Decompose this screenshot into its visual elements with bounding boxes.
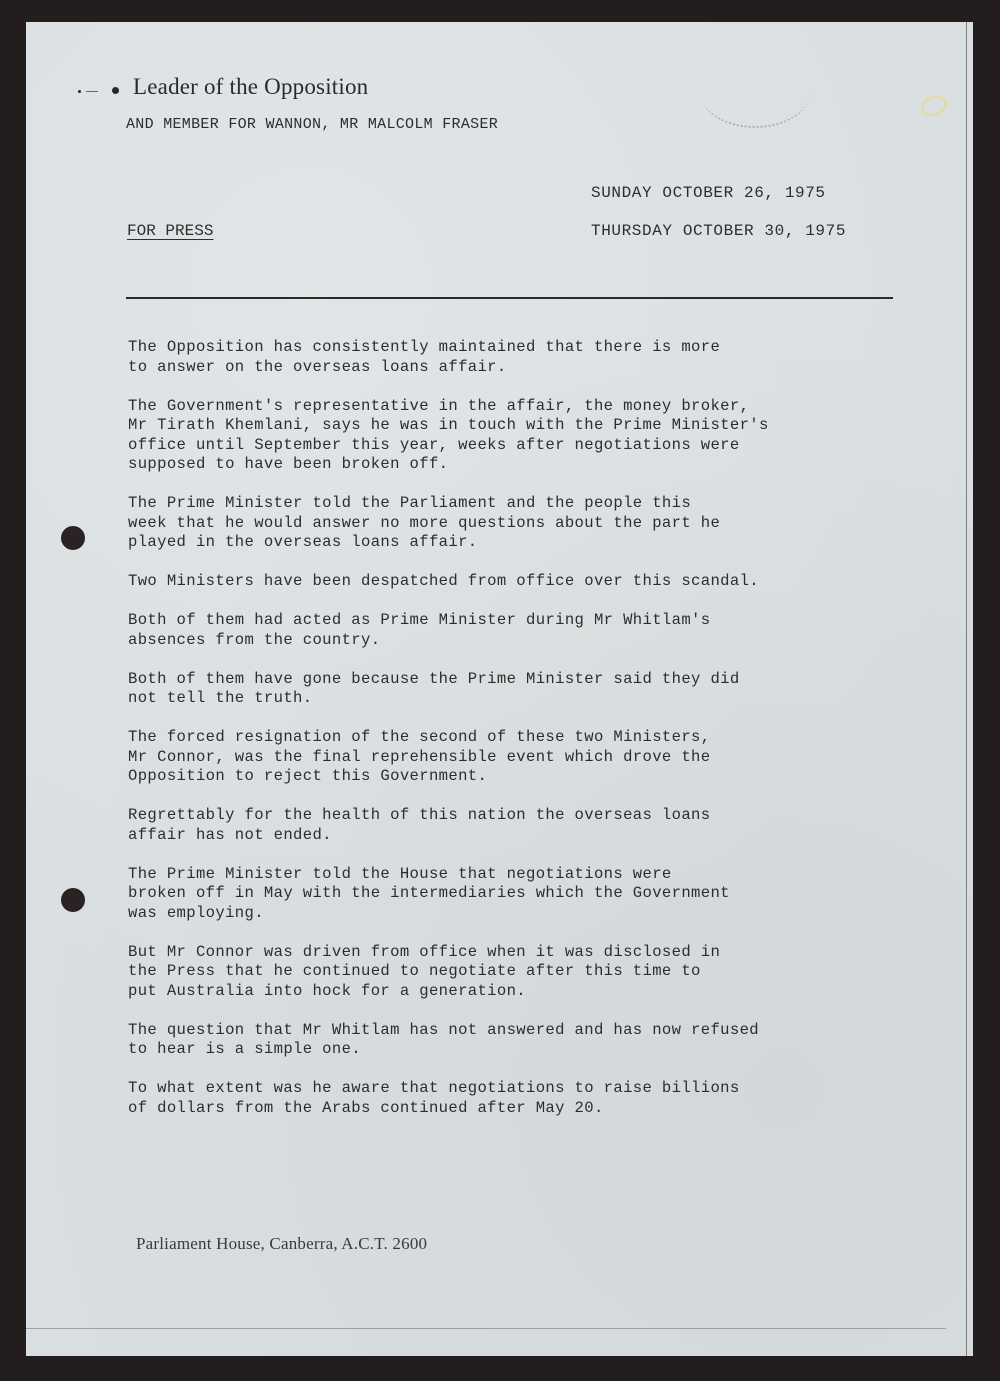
header-divider bbox=[126, 297, 893, 299]
paragraph: The Prime Minister told the Parliament a… bbox=[128, 494, 908, 553]
letterhead-title: Leader of the Opposition bbox=[133, 74, 368, 100]
paragraph: To what extent was he aware that negotia… bbox=[128, 1079, 908, 1118]
footer-address: Parliament House, Canberra, A.C.T. 2600 bbox=[136, 1234, 427, 1254]
paragraph: Regrettably for the health of this natio… bbox=[128, 806, 908, 845]
paragraph: The forced resignation of the second of … bbox=[128, 728, 908, 787]
letterhead-subtitle: AND MEMBER FOR WANNON, MR MALCOLM FRASER bbox=[126, 116, 498, 133]
paragraph: Both of them have gone because the Prime… bbox=[128, 670, 908, 709]
release-date-revised: THURSDAY OCTOBER 30, 1975 bbox=[591, 222, 846, 240]
paragraph: The question that Mr Whitlam has not ans… bbox=[128, 1021, 908, 1060]
paper-edge-line bbox=[966, 22, 967, 1356]
punch-hole-icon bbox=[61, 888, 85, 912]
paragraph: The Government's representative in the a… bbox=[128, 397, 908, 475]
punch-hole-icon bbox=[61, 526, 85, 550]
paragraph: Two Ministers have been despatched from … bbox=[128, 572, 908, 592]
faint-stamp-mark bbox=[700, 56, 810, 128]
paragraph: The Opposition has consistently maintain… bbox=[128, 338, 908, 377]
paragraph: The Prime Minister told the House that n… bbox=[128, 865, 908, 924]
paragraph: Both of them had acted as Prime Minister… bbox=[128, 611, 908, 650]
for-press-label: FOR PRESS bbox=[127, 222, 213, 240]
release-date-original: SUNDAY OCTOBER 26, 1975 bbox=[591, 184, 826, 202]
paper-fold-line bbox=[26, 1328, 946, 1329]
paper-tear-mark-icon bbox=[78, 86, 118, 96]
paragraph: But Mr Connor was driven from office whe… bbox=[128, 943, 908, 1002]
press-release-body: The Opposition has consistently maintain… bbox=[128, 338, 908, 1138]
